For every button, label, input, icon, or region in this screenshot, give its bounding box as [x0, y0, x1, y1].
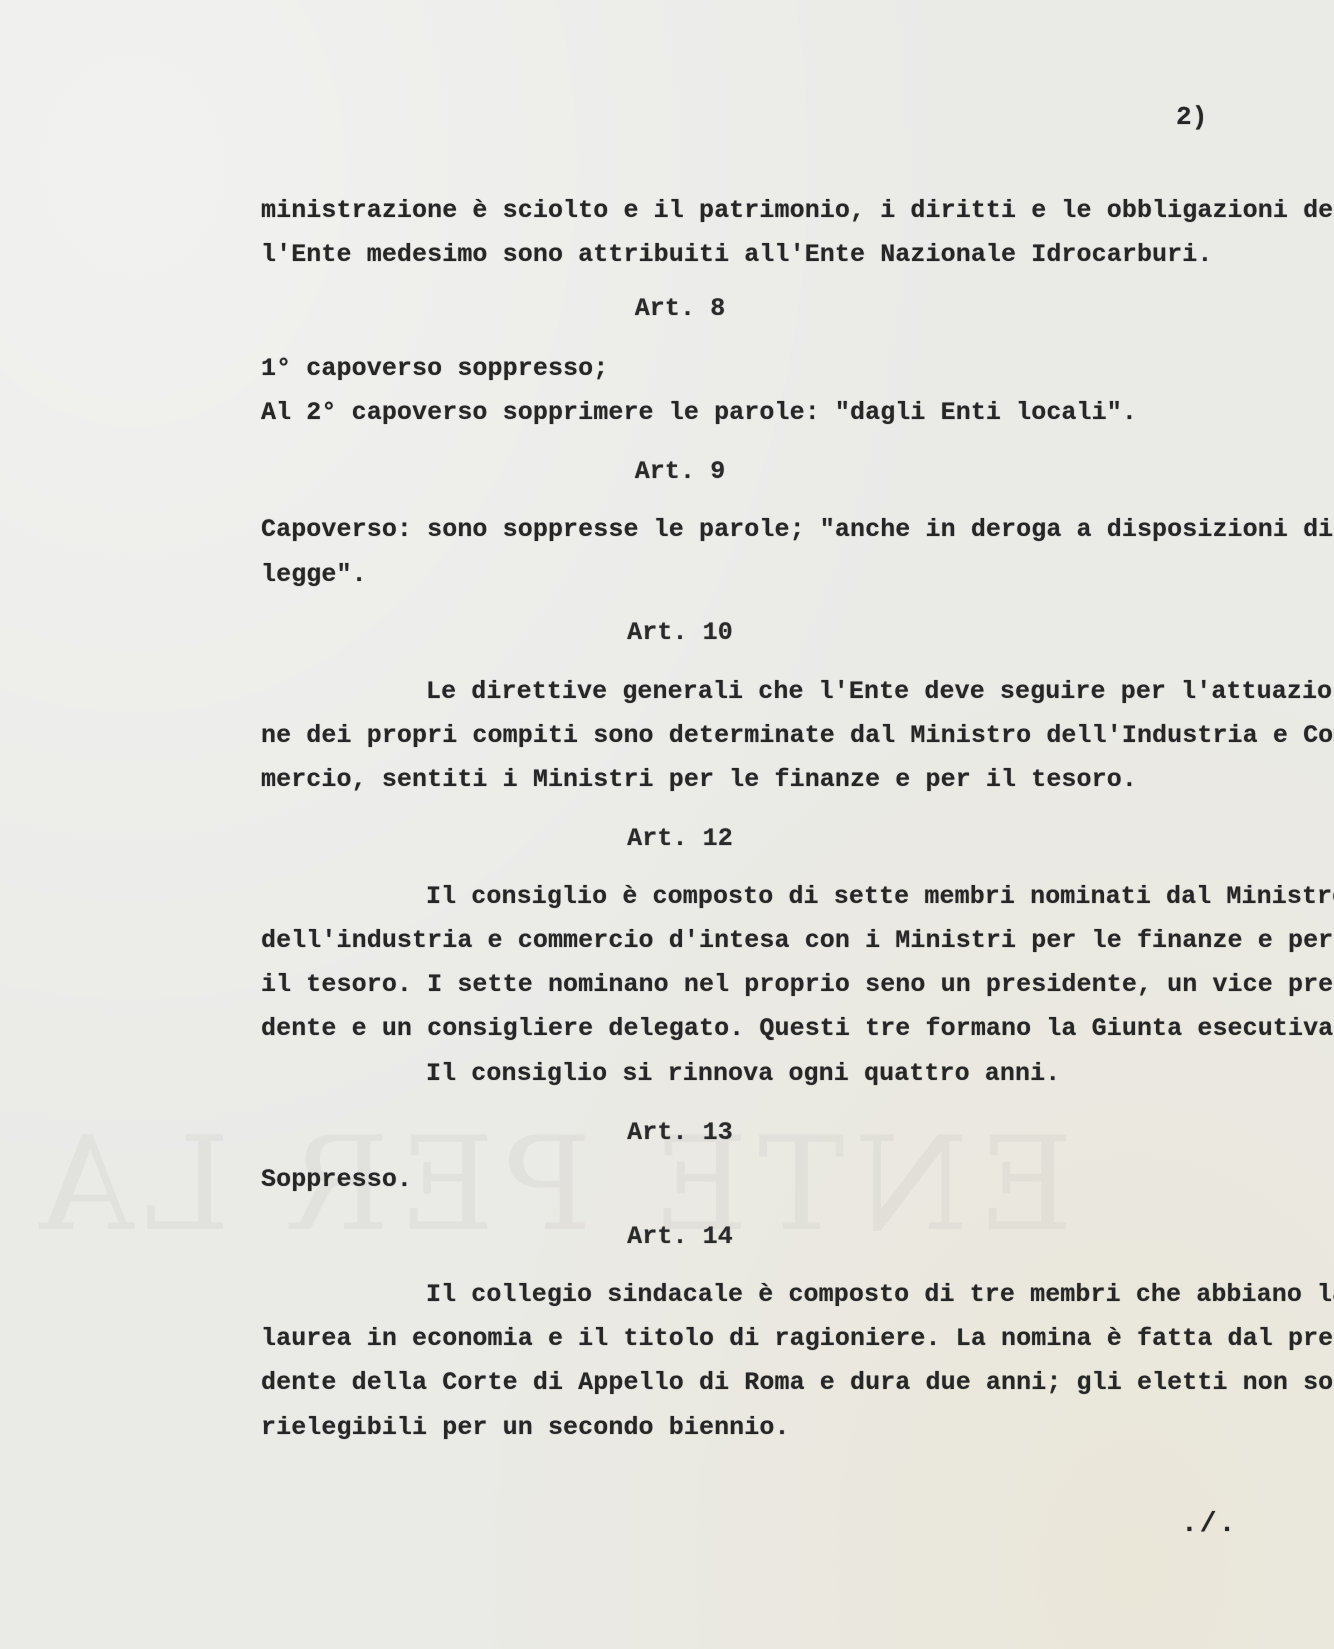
- typewritten-page: ENTE PER LA 2) ministrazione è sciolto e…: [0, 0, 1334, 1649]
- text-line: Il consiglio è composto di sette membri …: [426, 882, 1334, 912]
- text-line: Il consiglio si rinnova ogni quattro ann…: [426, 1059, 1060, 1089]
- text-line: ne dei propri compiti sono determinate d…: [261, 721, 1334, 751]
- continuation-mark: ./.: [1181, 1510, 1237, 1540]
- text-line: l'Ente medesimo sono attribuiti all'Ente…: [261, 240, 1212, 270]
- text-segment: il tesoro. I sette nominano nel proprio …: [261, 970, 1334, 999]
- article-heading: Art. 14: [560, 1222, 800, 1252]
- text-line: Il collegio sindacale è composto di tre …: [426, 1280, 1334, 1310]
- text-line: il tesoro. I sette nominano nel proprio …: [261, 970, 1334, 1000]
- text-line: Al 2° capoverso sopprimere le parole: "d…: [261, 398, 1137, 428]
- text-line: dell'industria e commercio d'intesa con …: [261, 926, 1333, 956]
- text-line: 1° capoverso soppresso;: [261, 354, 608, 384]
- text-line: legge".: [261, 560, 367, 590]
- article-heading: Art. 9: [560, 457, 800, 487]
- text-segment: laurea in economia e il titolo di ragion…: [261, 1324, 1334, 1353]
- text-line: Soppresso.: [261, 1165, 412, 1195]
- text-line: Le direttive generali che l'Ente deve se…: [426, 677, 1334, 707]
- article-heading: Art. 13: [560, 1118, 800, 1148]
- article-heading: Art. 12: [560, 824, 800, 854]
- text-line: laurea in economia e il titolo di ragion…: [261, 1324, 1334, 1354]
- text-line: dente della Corte di Appello di Roma e d…: [261, 1368, 1334, 1398]
- text-line: Capoverso: sono soppresse le parole; "an…: [261, 515, 1333, 545]
- text-line: rielegibili per un secondo biennio.: [261, 1413, 790, 1443]
- article-heading: Art. 8: [560, 294, 800, 324]
- text-line: dente e un consigliere delegato. Questi …: [261, 1014, 1334, 1044]
- watermark-bleedthrough: ENTE PER LA: [30, 1108, 1073, 1260]
- text-line: ministrazione è sciolto e il patrimonio,…: [261, 196, 1334, 226]
- article-heading: Art. 10: [560, 618, 800, 648]
- text-line: mercio, sentiti i Ministri per le finanz…: [261, 765, 1137, 795]
- page-number: 2): [1176, 102, 1207, 132]
